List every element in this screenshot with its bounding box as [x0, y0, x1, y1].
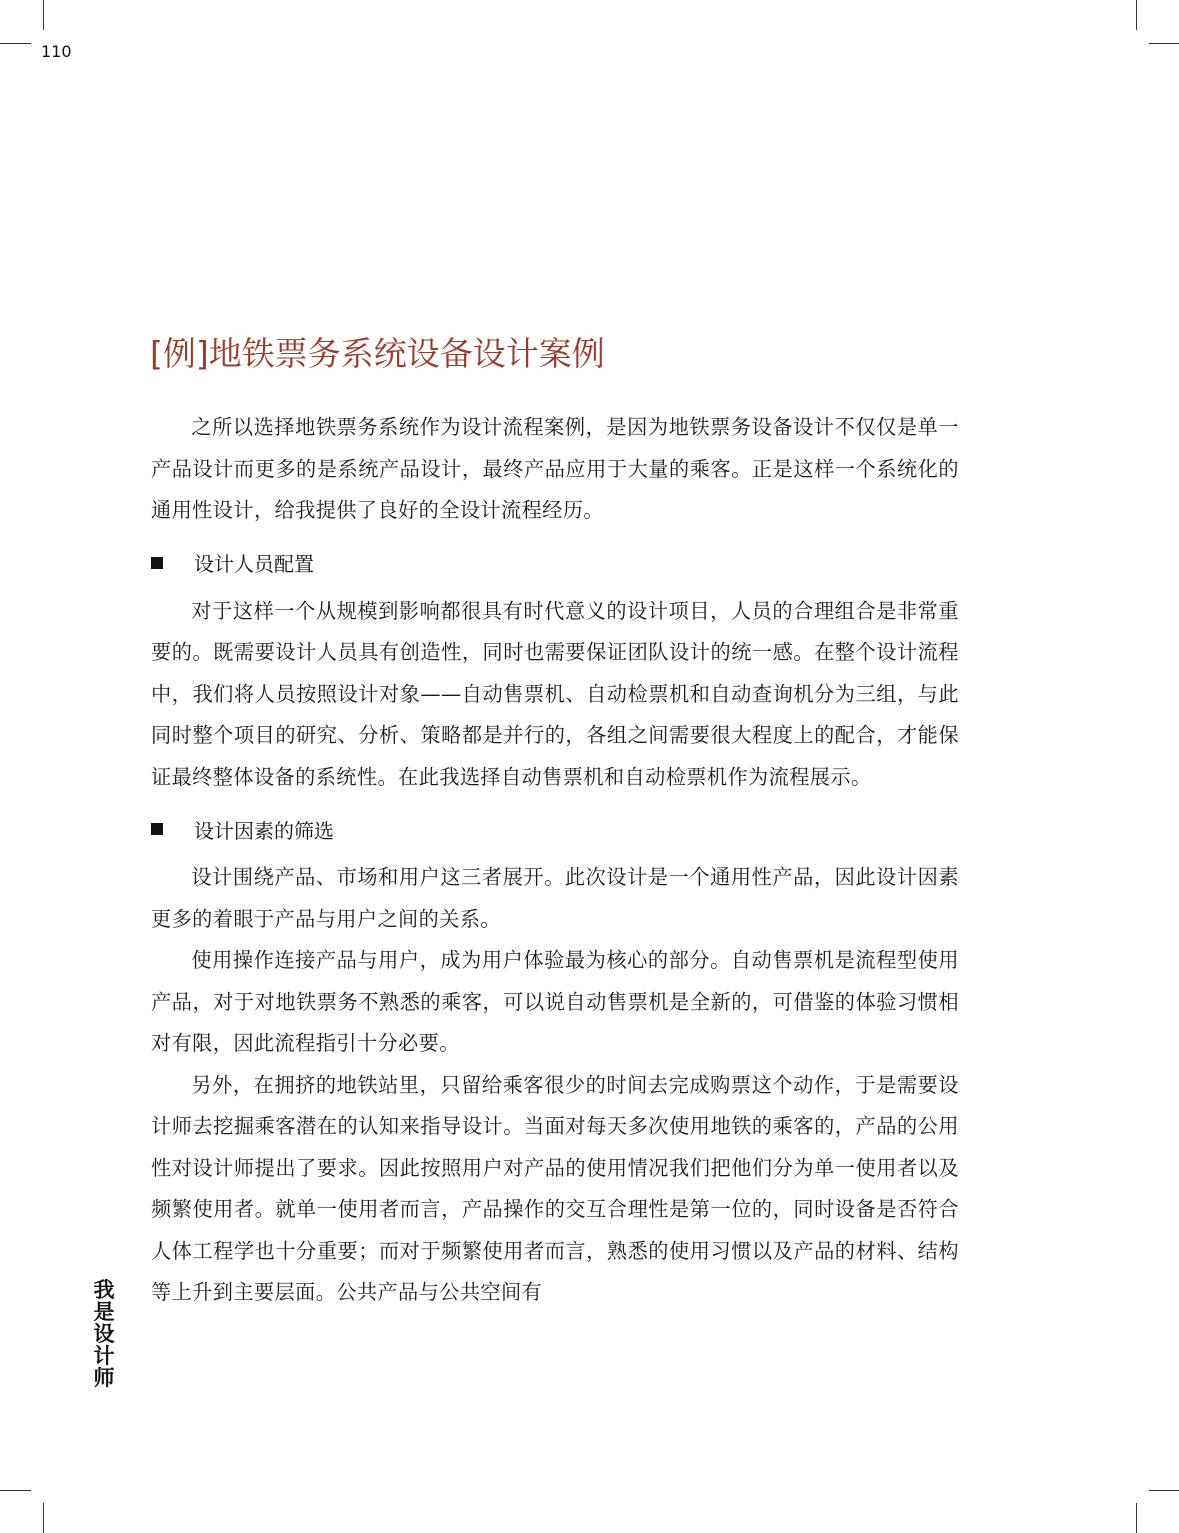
- section-heading-factors: 设计因素的筛选: [151, 809, 959, 849]
- book-side-label: 我是设计师: [92, 1279, 116, 1389]
- intro-paragraph: 之所以选择地铁票务系统作为设计流程案例，是因为地铁票务设备设计不仅仅是单一产品设…: [151, 407, 959, 532]
- crop-mark-bottom-left-h: [0, 1490, 31, 1491]
- factors-paragraph-3: 另外，在拥挤的地铁站里，只留给乘客很少的时间去完成购票这个动作，于是需要设计师去…: [151, 1065, 959, 1314]
- factors-paragraph-2: 使用操作连接产品与用户，成为用户体验最为核心的部分。自动售票机是流程型使用产品，…: [151, 940, 959, 1065]
- crop-mark-bottom-right-v: [1136, 1503, 1137, 1533]
- section-heading-text: 设计人员配置: [194, 548, 314, 577]
- square-bullet-icon: [151, 557, 163, 569]
- crop-mark-top-left-v: [43, 0, 44, 30]
- crop-mark-top-right-h: [1149, 43, 1179, 44]
- crop-mark-top-left-h: [0, 43, 31, 44]
- factors-paragraph-1: 设计围绕产品、市场和用户这三者展开。此次设计是一个通用性产品，因此设计因素更多的…: [151, 857, 959, 940]
- article-body: 之所以选择地铁票务系统作为设计流程案例，是因为地铁票务设备设计不仅仅是单一产品设…: [151, 407, 959, 1314]
- crop-mark-bottom-left-v: [43, 1503, 44, 1533]
- crop-mark-top-right-v: [1136, 0, 1137, 30]
- crop-mark-bottom-right-h: [1149, 1490, 1179, 1491]
- square-bullet-icon: [151, 823, 163, 835]
- section-heading-text: 设计因素的筛选: [194, 815, 334, 844]
- page-number: 110: [41, 42, 72, 61]
- staffing-paragraph: 对于这样一个从规模到影响都很具有时代意义的设计项目，人员的合理组合是非常重要的。…: [151, 591, 959, 799]
- page-title: [例]地铁票务系统设备设计案例: [150, 328, 605, 375]
- section-heading-staffing: 设计人员配置: [151, 543, 959, 583]
